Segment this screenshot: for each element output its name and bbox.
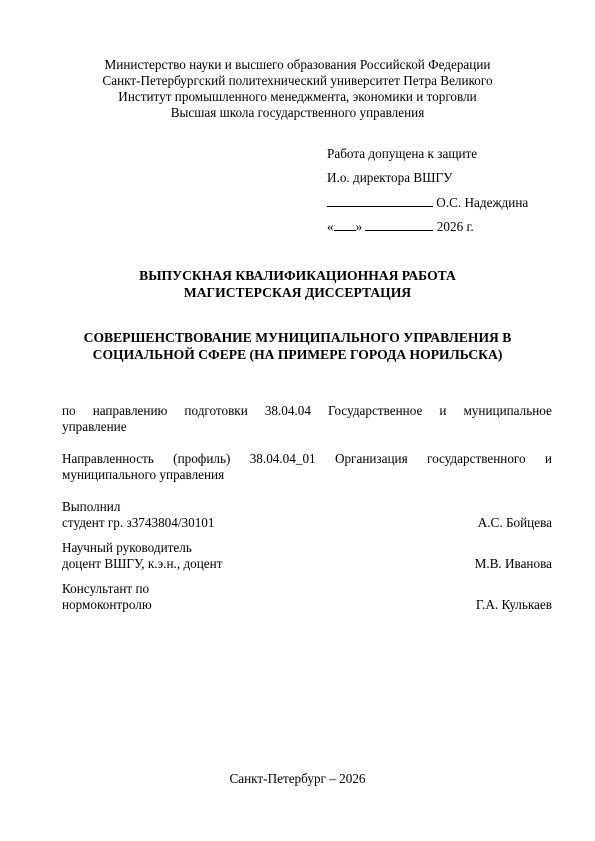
signature-role: Научный руководитель доцент ВШГУ, к.э.н.… [62, 540, 222, 572]
month-blank [365, 218, 433, 231]
direction-paragraph: по направлению подготовки 38.04.04 Госуд… [62, 403, 552, 435]
topic-line-2: СОЦИАЛЬНОЙ СФЕРЕ (НА ПРИМЕРЕ ГОРОДА НОРИ… [0, 346, 595, 363]
signature-blank [327, 194, 433, 207]
profile-line-1: Направленность (профиль) 38.04.04_01 Орг… [62, 451, 552, 467]
quote-open: « [327, 219, 334, 234]
profile-code: 38.04.04_01 [250, 451, 316, 467]
direction-code: 38.04.04 [265, 403, 311, 419]
role-line-2: доцент ВШГУ, к.э.н., доцент [62, 556, 222, 572]
signature-role: Консультант по нормоконтролю [62, 581, 152, 613]
topic-line-1: СОВЕРШЕНСТВОВАНИЕ МУНИЦИПАЛЬНОГО УПРАВЛЕ… [0, 329, 595, 346]
direction-line-2: управление [62, 419, 552, 435]
school-line: Высшая школа государственного управления [0, 105, 595, 121]
direction-line-1: по направлению подготовки 38.04.04 Госуд… [62, 403, 552, 419]
signatory-name: Г.А. Кулькаев [476, 597, 552, 613]
title-line-1: ВЫПУСКНАЯ КВАЛИФИКАЦИОННАЯ РАБОТА [0, 267, 595, 284]
role-line-1: Выполнил [62, 499, 214, 515]
word: государственного [427, 451, 526, 467]
approval-admitted: Работа допущена к защите [327, 146, 477, 162]
word: Государственное [328, 403, 422, 419]
approval-position: И.о. директора ВШГУ [327, 170, 452, 186]
word: по [62, 403, 76, 419]
work-type-title: ВЫПУСКНАЯ КВАЛИФИКАЦИОННАЯ РАБОТА МАГИСТ… [0, 267, 595, 301]
word: Направленность [62, 451, 154, 467]
university-line: Санкт-Петербургский политехнический унив… [0, 73, 595, 89]
word: направлению [93, 403, 168, 419]
profile-line-2: муниципального управления [62, 467, 552, 483]
approval-signature-line: О.С. Надеждина [327, 194, 528, 211]
word: (профиль) [173, 451, 230, 467]
word: и [439, 403, 446, 419]
institute-line: Институт промышленного менеджмента, экон… [0, 89, 595, 105]
title-line-2: МАГИСТЕРСКАЯ ДИССЕРТАЦИЯ [0, 284, 595, 301]
signature-role: Выполнил студент гр. з3743804/30101 [62, 499, 214, 531]
word: муниципальное [463, 403, 551, 419]
director-name: О.С. Надеждина [436, 195, 528, 210]
signatory-name: А.С. Бойцева [478, 515, 552, 531]
role-line-1: Консультант по [62, 581, 152, 597]
role-line-2: студент гр. з3743804/30101 [62, 515, 214, 531]
header-block: Министерство науки и высшего образования… [0, 57, 595, 121]
word: подготовки [184, 403, 247, 419]
thesis-topic: СОВЕРШЕНСТВОВАНИЕ МУНИЦИПАЛЬНОГО УПРАВЛЕ… [0, 329, 595, 363]
word: Организация [335, 451, 408, 467]
approval-year: 2026 г. [437, 219, 474, 234]
role-line-1: Научный руководитель [62, 540, 222, 556]
ministry-line: Министерство науки и высшего образования… [0, 57, 595, 73]
approval-date-line: «» 2026 г. [327, 218, 474, 235]
profile-paragraph: Направленность (профиль) 38.04.04_01 Орг… [62, 451, 552, 483]
word: и [545, 451, 552, 467]
role-line-2: нормоконтролю [62, 597, 152, 613]
quote-close: » [356, 219, 363, 234]
day-blank [334, 218, 356, 231]
footer-city-year: Санкт-Петербург – 2026 [0, 771, 595, 787]
signatory-name: М.В. Иванова [475, 556, 552, 572]
